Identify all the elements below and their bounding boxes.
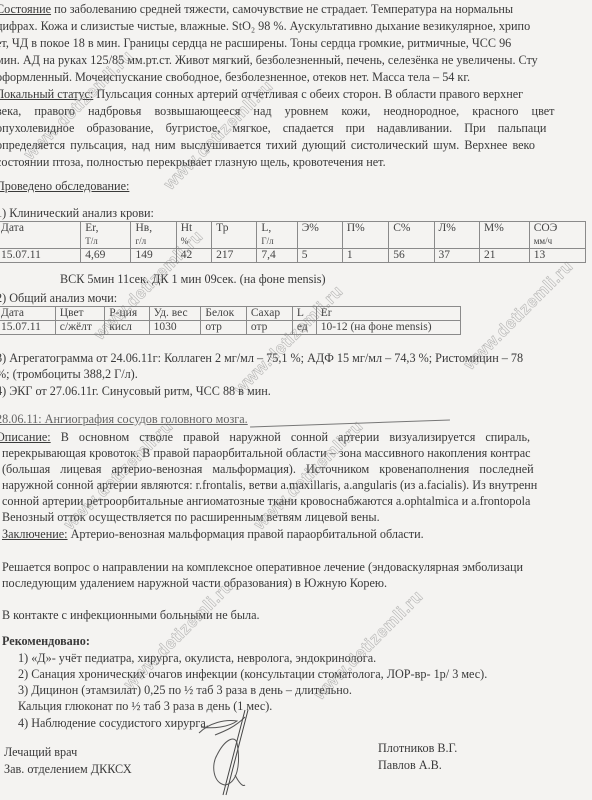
urine-header-cell: Уд. вес [149,307,201,321]
blood-table-data-row: 15.07.114,69149422177,45156372113 [0,249,586,263]
blood-header-cell: L,Г/л [257,222,297,249]
status-line-0: Состояние по заболеванию средней тяжести… [0,2,513,16]
signature-name-head: Павлов А.В. [378,758,442,772]
angio-conclusion: Заключение: Артерио-венозная мальформаци… [2,527,424,541]
decision-line-1: последующим удалением наружной части обр… [2,576,387,590]
urine-test-title: 2) Общий анализ мочи: [0,291,117,305]
urine-value-cell: отр [246,321,292,335]
blood-header-cell: Er,Т/л [81,222,131,249]
blood-value-cell: 42 [176,249,211,263]
blood-header-cell: Нв,г/л [131,222,176,249]
ecg-line: 4) ЭКГ от 27.06.11г. Синусовый ритм, ЧСС… [0,384,271,398]
blood-header-cell: Тр [212,222,257,249]
signature-name-attending: Плотников В.Г. [378,741,457,755]
blood-value-cell: 217 [212,249,257,263]
local-status-line-4: состоянии птоза, полностью перекрывает г… [0,155,386,169]
angio-underline-stroke [250,420,450,428]
blood-header-cell: Дата [0,222,81,249]
handwritten-signature-icon [195,705,275,800]
aggregatogram-line-0: 3) Агрегатограмма от 24.06.11г: Коллаген… [0,351,523,365]
urine-header-cell: Р-ция [105,307,149,321]
angio-desc-line-5: Венозный отток осуществляется по расшире… [2,510,380,524]
recommend-item-4: 4) Наблюдение сосудистого хирурга. [18,716,209,730]
angio-desc-line-2: (большая лицевая артерио-венозная мальфо… [2,462,534,476]
angio-desc-line-0: Описание: В основном стволе правой наруж… [0,430,530,444]
blood-test-note: ВСК 5мин 11сек. ДК 1 мин 09сек. (на фоне… [60,272,326,286]
urine-value-cell: с/жёлт [55,321,105,335]
angio-desc-line-3: наружной сонной артерии являются: r.fron… [2,478,537,492]
blood-header-cell: С% [389,222,434,249]
angio-desc-label: Описание: [0,430,51,444]
angio-desc-line-1: перекрывающая кровоток. В правой параорб… [2,446,531,460]
local-status-line-1: века, правого надбровья возвышающееся на… [0,104,555,118]
contact-note: В контакте с инфекционными больными не б… [2,608,260,622]
blood-test-title: 1) Клинический анализ крови: [0,206,154,220]
urine-header-cell: L [292,307,316,321]
urine-value-cell: отр [201,321,247,335]
urine-header-cell: Сахар [246,307,292,321]
exam-heading: Проведено обследование: [0,179,129,193]
blood-test-table: ДатаEr,Т/лНв,г/лHt%ТрL,Г/лЭ%П%С%Л%М%СОЭм… [0,221,586,263]
recommend-heading: Рекомендовано: [2,634,90,648]
status-line-1: цифрах. Кожа и слизистые чистые, влажные… [0,19,530,33]
blood-value-cell: 7,4 [257,249,297,263]
local-status-label: Локальный статус: [0,87,93,101]
blood-value-cell: 5 [297,249,342,263]
urine-value-cell: 10-12 (на фоне mensis) [316,321,460,335]
aggregatogram-line-1: %; (тромбоциты 388,2 Г/л). [0,367,138,381]
recommend-item-1: 1) «Д»- учёт педиатра, хирурга, окулиста… [18,651,376,665]
recommend-item-3: 3) Дицинон (этамзилат) 0,25 по ½ таб 3 р… [18,683,352,697]
urine-value-cell: 1030 [149,321,201,335]
blood-header-cell: П% [342,222,388,249]
blood-value-cell: 13 [529,249,585,263]
blood-value-cell: 149 [131,249,176,263]
urine-table-header-row: ДатаЦветР-цияУд. весБелокСахарLEr [0,307,461,321]
blood-header-cell: Л% [434,222,480,249]
urine-value-cell: ед [292,321,316,335]
blood-value-cell: 21 [480,249,530,263]
urine-header-cell: Дата [0,307,55,321]
urine-header-cell: Белок [201,307,247,321]
blood-value-cell: 56 [389,249,434,263]
blood-header-cell: Э% [297,222,342,249]
local-status-line-2: опухолевидное образование, бугристое, мя… [0,121,546,135]
urine-value-cell: 15.07.11 [0,321,55,335]
urine-header-cell: Цвет [55,307,105,321]
status-line-2: ет, ЧД в покое 18 в мин. Границы сердца … [0,36,511,50]
blood-value-cell: 4,69 [81,249,131,263]
blood-value-cell: 1 [342,249,388,263]
local-status-line-0: Локальный статус: Пульсация сонных артер… [0,87,523,101]
status-label: Состояние [0,2,51,16]
watermark-text: www.detizemli.ru [230,282,348,400]
angio-conclusion-label: Заключение: [2,527,68,541]
blood-value-cell: 15.07.11 [0,249,81,263]
blood-table-header-row: ДатаEr,Т/лНв,г/лHt%ТрL,Г/лЭ%П%С%Л%М%СОЭм… [0,222,586,249]
blood-value-cell: 37 [434,249,480,263]
blood-header-cell: Ht% [176,222,211,249]
angio-desc-line-4: сонной артерии ретроорбитальные ангиомат… [2,494,530,508]
status-line-4: оформленный. Мочеиспускание свободное, б… [0,70,470,84]
urine-header-cell: Er [316,307,460,321]
recommend-item-2: 2) Санация хронических очагов инфекции (… [18,667,487,681]
signature-role-attending: Лечащий врач [4,745,77,759]
angio-heading: 28.06.11: Ангиография сосудов головного … [0,412,248,426]
blood-header-cell: СОЭмм/ч [529,222,585,249]
status-line-3: мин. АД на руках 125/85 мм.рт.ст. Живот … [0,53,538,67]
urine-value-cell: кисл [105,321,149,335]
medical-discharge-document: Состояние по заболеванию средней тяжести… [0,0,592,800]
urine-table-data-row: 15.07.11с/жёлткисл1030отротред10-12 (на … [0,321,461,335]
urine-test-table: ДатаЦветР-цияУд. весБелокСахарLEr 15.07.… [0,306,461,335]
blood-header-cell: М% [480,222,530,249]
decision-line-0: Решается вопрос о направлении на комплек… [2,560,523,574]
signature-role-head: Зав. отделением ДККСХ [4,762,132,776]
local-status-line-3: определяется пульсация, над ним выслушив… [0,138,535,152]
